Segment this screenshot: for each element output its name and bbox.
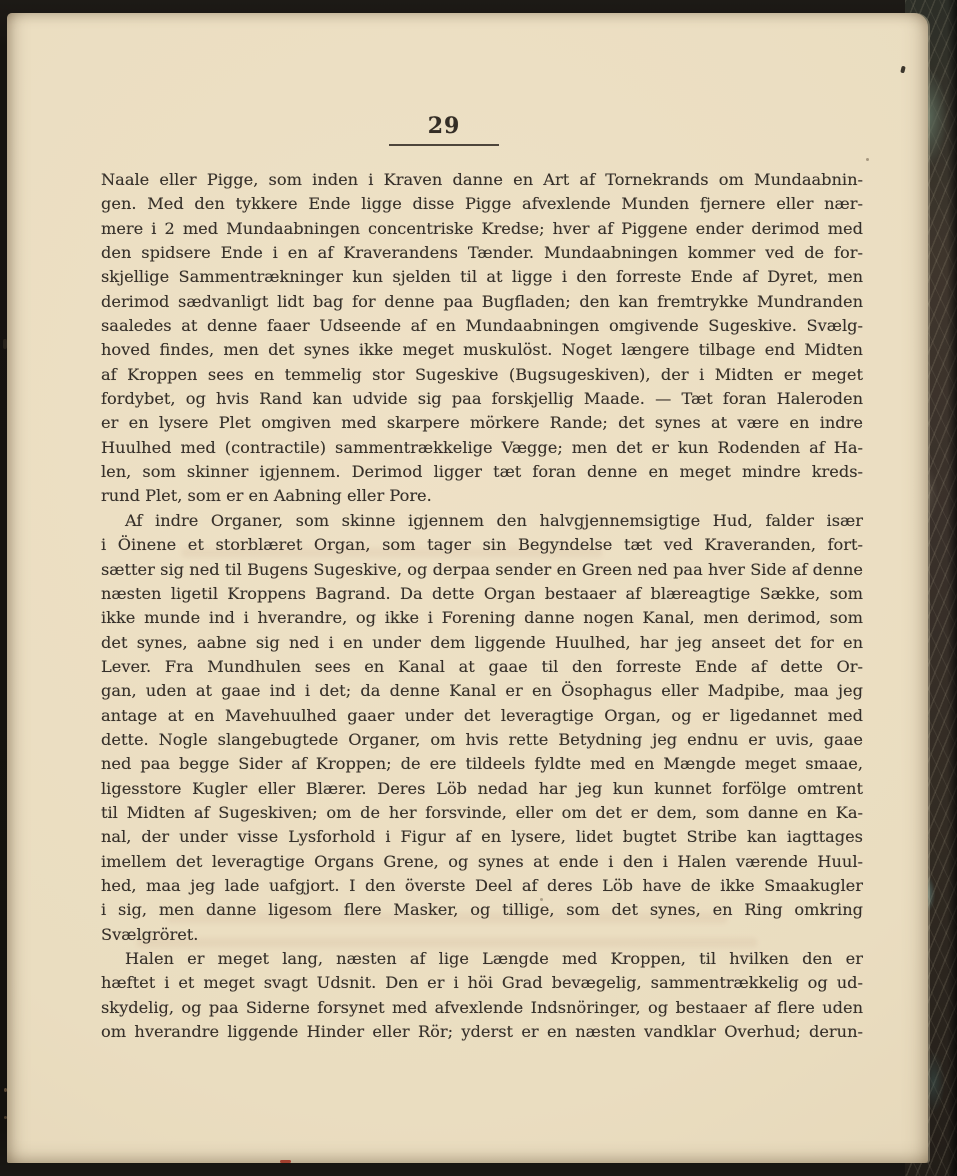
text-line: i Öinene et storblæret Organ, som tager … [101, 533, 863, 557]
page-number: 29 [428, 113, 461, 139]
paper-speck [4, 1116, 7, 1119]
paper-speck [3, 339, 7, 349]
text-line: skydelig, og paa Siderne forsynet med af… [101, 996, 863, 1020]
text-line: antage at en Mavehuulhed gaaer under det… [101, 704, 863, 728]
text-line: Svælgröret. [101, 923, 863, 947]
text-line: til Midten af Sugeskiven; om de her fors… [101, 801, 863, 825]
text-line: fordybet, og hvis Rand kan udvide sig pa… [101, 387, 863, 411]
text-line: Huulhed med (contractile) sammentrækkeli… [101, 436, 863, 460]
paper-speck [866, 158, 869, 161]
text-line: nal, der under visse Lysforhold i Figur … [101, 825, 863, 849]
text-line: imellem det leveragtige Organs Grene, og… [101, 850, 863, 874]
text-block: Naale eller Pigge, som inden i Kraven da… [101, 168, 863, 1044]
text-line: derimod sædvanligt lidt bag for denne pa… [101, 290, 863, 314]
text-line: skjellige Sammentrækninger kun sjelden t… [101, 265, 863, 289]
binding-shadow [947, 0, 957, 1176]
text-line: Naale eller Pigge, som inden i Kraven da… [101, 168, 863, 192]
text-line: næsten ligetil Kroppens Bagrand. Da dett… [101, 582, 863, 606]
text-line: saaledes at denne faaer Udseende af en M… [101, 314, 863, 338]
text-line: det synes, aabne sig ned i en under dem … [101, 631, 863, 655]
text-line: Lever. Fra Mundhulen sees en Kanal at ga… [101, 655, 863, 679]
text-line: den spidsere Ende i en af Kraverandens T… [101, 241, 863, 265]
paper-speck [540, 898, 543, 901]
text-line: gen. Med den tykkere Ende ligge disse Pi… [101, 192, 863, 216]
text-line: er en lysere Plet omgiven med skarpere m… [101, 411, 863, 435]
text-line: gan, uden at gaae ind i det; da denne Ka… [101, 679, 863, 703]
text-line: mere i 2 med Mundaabningen concentriske … [101, 217, 863, 241]
book-page: 29 Naale eller Pigge, som inden i Kraven… [7, 13, 928, 1163]
text-line: dette. Nogle slangebugtede Organer, om h… [101, 728, 863, 752]
paper-speck [4, 1088, 7, 1092]
page-number-rule: 29 [389, 113, 499, 146]
text-line: om hverandre liggende Hinder eller Rör; … [101, 1020, 863, 1044]
text-line: Halen er meget lang, næsten af lige Læng… [101, 947, 863, 971]
text-line: rund Plet, som er en Aabning eller Pore. [101, 484, 863, 508]
text-line: hæftet i et meget svagt Udsnit. Den er i… [101, 971, 863, 995]
text-line: ligesstore Kugler eller Blærer. Deres Lö… [101, 777, 863, 801]
text-line: hed, maa jeg lade uafgjort. I den överst… [101, 874, 863, 898]
text-line: af Kroppen sees en temmelig stor Sugeski… [101, 363, 863, 387]
text-line: hoved findes, men det synes ikke meget m… [101, 338, 863, 362]
scanned-book-photo: 29 Naale eller Pigge, som inden i Kraven… [0, 0, 957, 1176]
red-fleck [280, 1160, 291, 1163]
text-line: ned paa begge Sider af Kroppen; de ere t… [101, 752, 863, 776]
text-line: ikke munde ind i hverandre, og ikke i Fo… [101, 606, 863, 630]
text-line: Af indre Organer, som skinne igjennem de… [101, 509, 863, 533]
text-line: sætter sig ned til Bugens Sugeskive, og … [101, 558, 863, 582]
text-line: i sig, men danne ligesom flere Masker, o… [101, 898, 863, 922]
text-line: len, som skinner igjennem. Derimod ligge… [101, 460, 863, 484]
